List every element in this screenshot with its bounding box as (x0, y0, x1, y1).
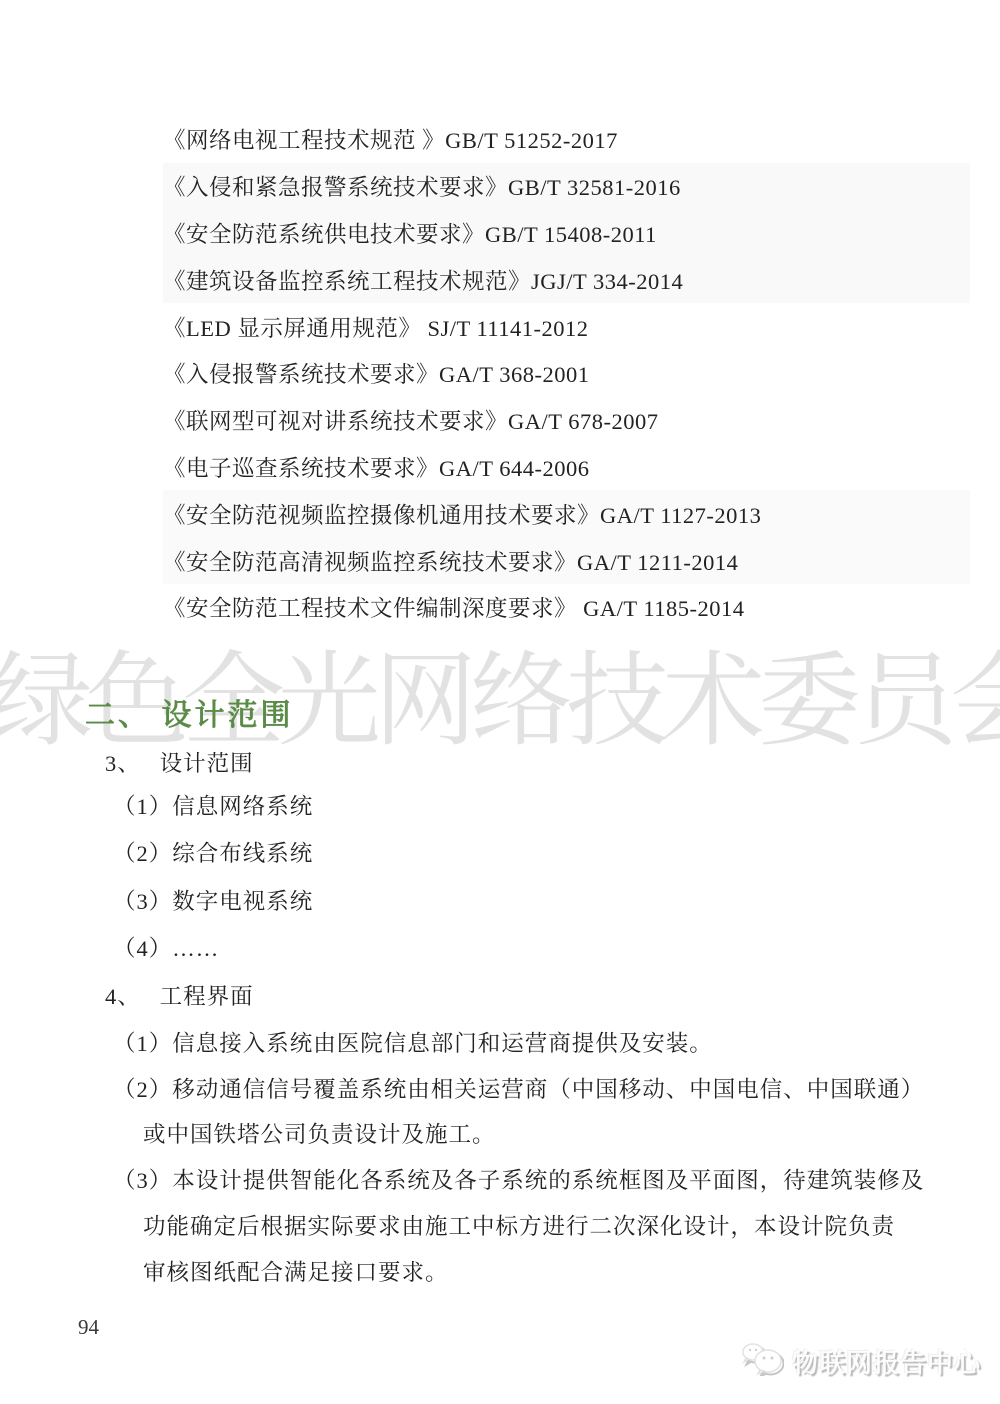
standard-line: 《电子巡查系统技术要求》GA/T 644-2006 (163, 444, 970, 491)
footer-logo: 物联网报告中心 (740, 1342, 981, 1381)
standard-line: 《安全防范系统供电技术要求》GB/T 15408-2011 (163, 210, 970, 257)
standard-line: 《入侵报警系统技术要求》GA/T 368-2001 (163, 350, 970, 397)
standard-line: 《LED 显示屏通用规范》 SJ/T 11141-2012 (163, 303, 970, 350)
standard-line: 《联网型可视对讲系统技术要求》GA/T 678-2007 (163, 397, 970, 444)
list-item: （3）数字电视系统 (113, 888, 313, 916)
wechat-icon (740, 1342, 792, 1381)
document-page: 绿色全光网络技术委员会 《网络电视工程技术规范 》GB/T 51252-2017… (0, 0, 1000, 1404)
standard-line: 《网络电视工程技术规范 》GB/T 51252-2017 (163, 116, 970, 163)
standard-line: 《安全防范工程技术文件编制深度要求》 GA/T 1185-2014 (163, 584, 970, 631)
standard-line: 《建筑设备监控系统工程技术规范》JGJ/T 334-2014 (163, 256, 970, 303)
section-heading: 二、 设计范围 (85, 690, 294, 734)
footer-logo-text: 物联网报告中心 (792, 1343, 981, 1380)
list-item: （1）信息接入系统由医院信息部门和运营商提供及安装。 (113, 1030, 713, 1058)
list-item: （1）信息网络系统 (113, 793, 313, 821)
page-number: 94 (78, 1315, 99, 1340)
list-item: （3）本设计提供智能化各系统及各子系统的系统框图及平面图，待建筑装修及 (113, 1167, 924, 1195)
section4-title: 4、 工程界面 (105, 983, 254, 1011)
standard-line: 《安全防范高清视频监控系统技术要求》GA/T 1211-2014 (163, 537, 970, 584)
list-item-continuation: 审核图纸配合满足接口要求。 (143, 1259, 449, 1287)
list-item: （2）综合布线系统 (113, 840, 313, 868)
list-item: （2）移动通信信号覆盖系统由相关运营商（中国移动、中国电信、中国联通） (113, 1076, 924, 1104)
section3-title: 3、 设计范围 (105, 750, 254, 778)
list-item-continuation: 或中国铁塔公司负责设计及施工。 (143, 1121, 496, 1149)
list-item: （4）…… (113, 935, 219, 963)
list-item-continuation: 功能确定后根据实际要求由施工中标方进行二次深化设计，本设计院负责 (143, 1213, 895, 1241)
standard-line: 《入侵和紧急报警系统技术要求》GB/T 32581-2016 (163, 163, 970, 210)
standard-line: 《安全防范视频监控摄像机通用技术要求》GA/T 1127-2013 (163, 490, 970, 537)
standards-list: 《网络电视工程技术规范 》GB/T 51252-2017 《入侵和紧急报警系统技… (163, 116, 970, 631)
